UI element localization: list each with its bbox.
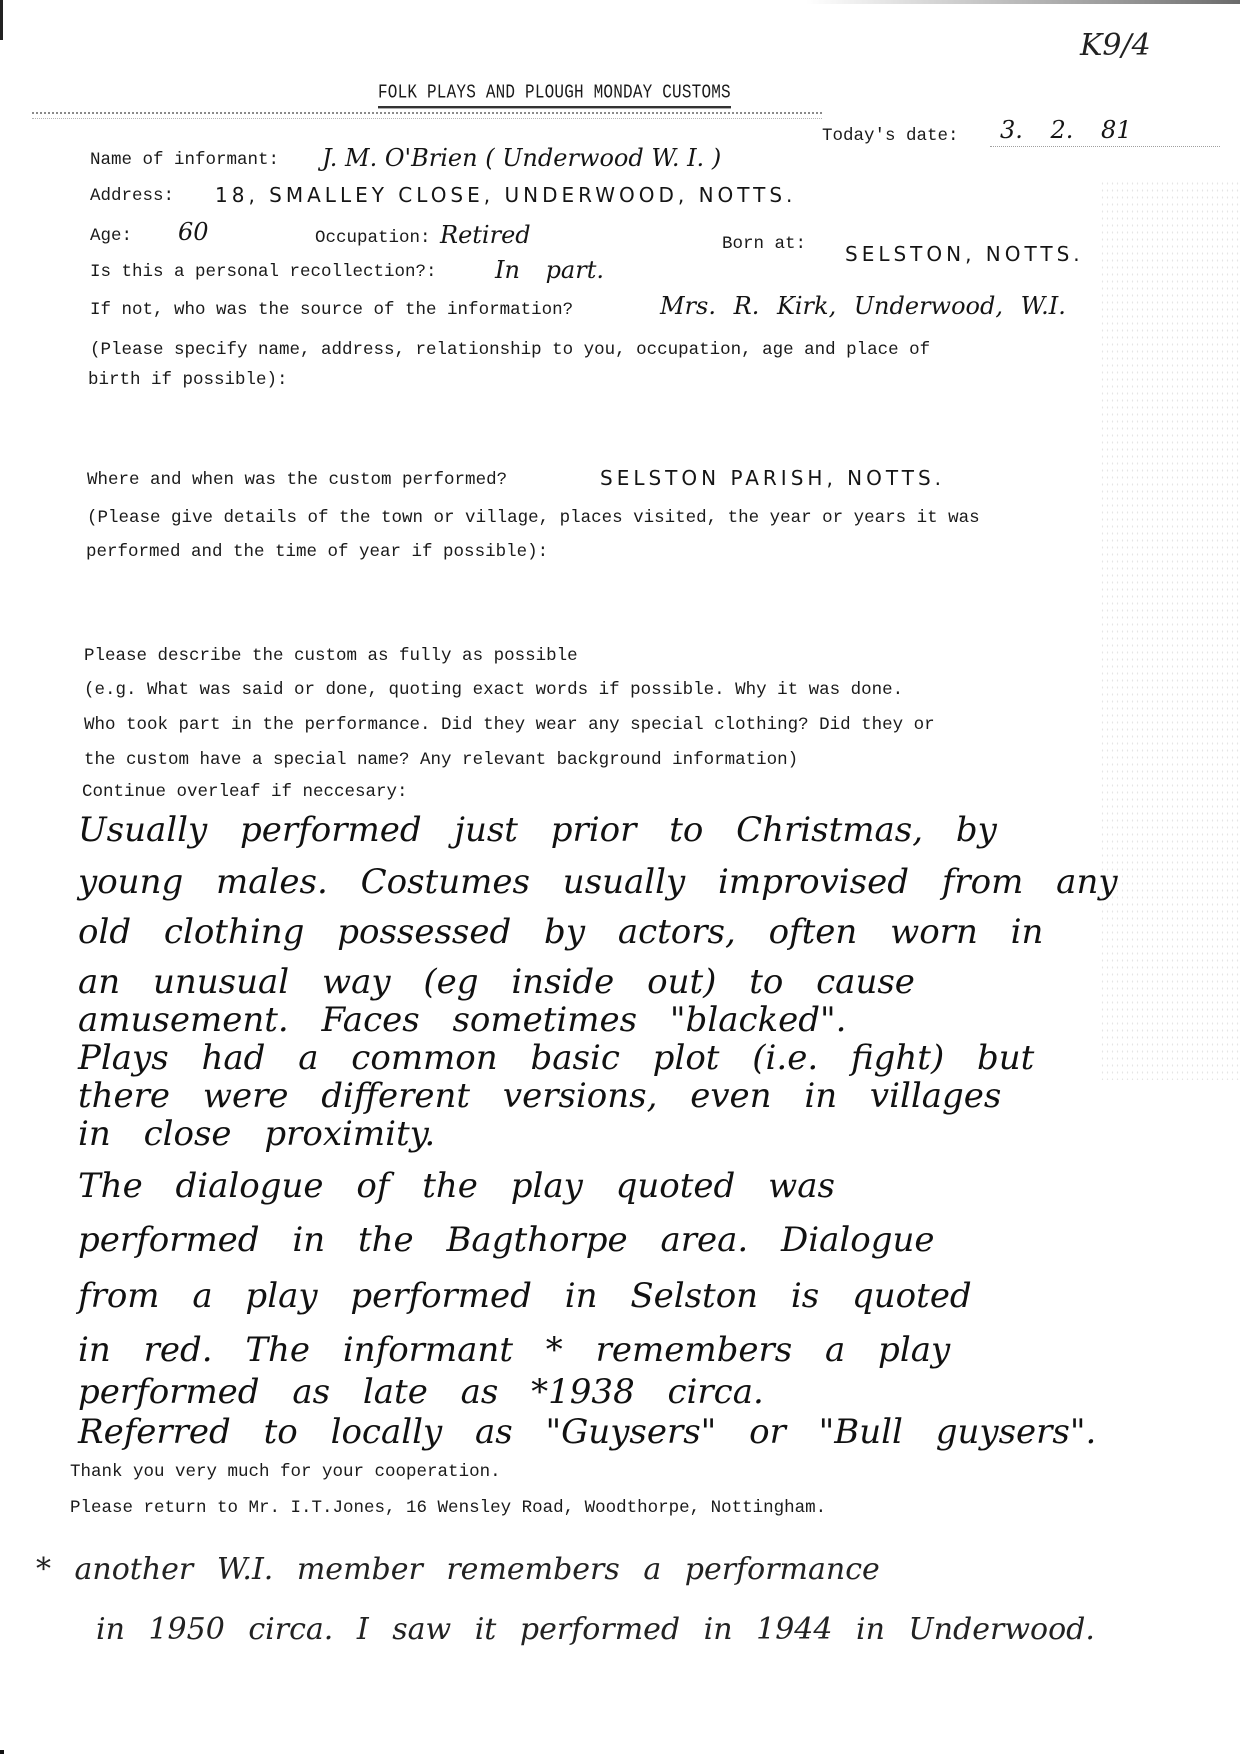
form-title: FOLK PLAYS AND PLOUGH MONDAY CUSTOMS (378, 82, 731, 108)
occupation-label: Occupation: (315, 228, 431, 248)
describe-label: Please describe the custom as fully as p… (84, 646, 578, 666)
source-value: Mrs. R. Kirk, Underwood, W.I. (660, 292, 1066, 320)
scan-edge-top (0, 0, 1240, 4)
title-divider (32, 112, 822, 119)
age-value: 60 (178, 218, 209, 246)
source-instructions-1: (Please specify name, address, relations… (90, 340, 930, 360)
description-line: an unusual way (eg inside out) to cause (78, 962, 915, 1002)
footnote-line: * another W.I. member remembers a perfor… (36, 1552, 880, 1587)
description-line: in red. The informant * remembers a play (78, 1330, 950, 1370)
describe-instructions-4: Continue overleaf if neccesary: (82, 782, 408, 802)
description-line: Referred to locally as "Guysers" or "Bul… (78, 1412, 1096, 1452)
description-line: from a play performed in Selston is quot… (78, 1276, 972, 1316)
footnote-line: in 1950 circa. I saw it performed in 194… (96, 1612, 1095, 1647)
description-line: in close proximity. (78, 1114, 435, 1154)
scan-speckle (1100, 180, 1240, 1080)
description-line: Plays had a common basic plot (i.e. figh… (78, 1038, 1034, 1078)
personal-recollection-label: Is this a personal recollection?: (90, 262, 437, 282)
todays-date-value: 3. 2. 81 (1000, 116, 1132, 144)
description-line: amusement. Faces sometimes "blacked". (78, 1000, 846, 1040)
where-when-label: Where and when was the custom performed? (87, 470, 507, 490)
description-line: The dialogue of the play quoted was (78, 1166, 835, 1206)
scan-edge-left (0, 0, 3, 40)
born-at-label: Born at: (722, 234, 806, 254)
where-when-value: SELSTON PARISH, NOTTS. (600, 466, 945, 490)
date-divider (990, 146, 1220, 149)
where-when-instructions-2: performed and the time of year if possib… (86, 542, 548, 562)
occupation-value: Retired (440, 221, 531, 249)
reference-mark: K9/4 (1080, 28, 1151, 63)
description-line: old clothing possessed by actors, often … (78, 912, 1043, 952)
describe-instructions-1: (e.g. What was said or done, quoting exa… (84, 680, 903, 700)
source-instructions-2: birth if possible): (88, 370, 288, 390)
description-line: performed in the Bagthorpe area. Dialogu… (78, 1220, 935, 1260)
todays-date-label: Today's date: (822, 126, 959, 146)
description-line: performed as late as *1938 circa. (78, 1372, 764, 1412)
address-label: Address: (90, 186, 174, 206)
describe-instructions-2: Who took part in the performance. Did th… (84, 715, 935, 735)
where-when-instructions-1: (Please give details of the town or vill… (87, 508, 980, 528)
description-line: Usually performed just prior to Christma… (78, 810, 997, 850)
source-label: If not, who was the source of the inform… (90, 300, 573, 320)
informant-value: J. M. O'Brien ( Underwood W. I. ) (322, 144, 721, 172)
address-value: 18, SMALLEY CLOSE, UNDERWOOD, NOTTS. (215, 183, 796, 207)
born-at-value: SELSTON, NOTTS. (845, 242, 1084, 266)
description-line: young males. Costumes usually improvised… (78, 862, 1118, 902)
personal-recollection-value: In part. (495, 256, 604, 284)
age-label: Age: (90, 226, 132, 246)
description-line: there were different versions, even in v… (78, 1076, 1001, 1116)
thanks-text: Thank you very much for your cooperation… (70, 1462, 501, 1482)
informant-label: Name of informant: (90, 150, 279, 170)
describe-instructions-3: the custom have a special name? Any rele… (84, 750, 798, 770)
return-address: Please return to Mr. I.T.Jones, 16 Wensl… (70, 1498, 826, 1518)
scan-edge-bottom-left (0, 1750, 4, 1754)
